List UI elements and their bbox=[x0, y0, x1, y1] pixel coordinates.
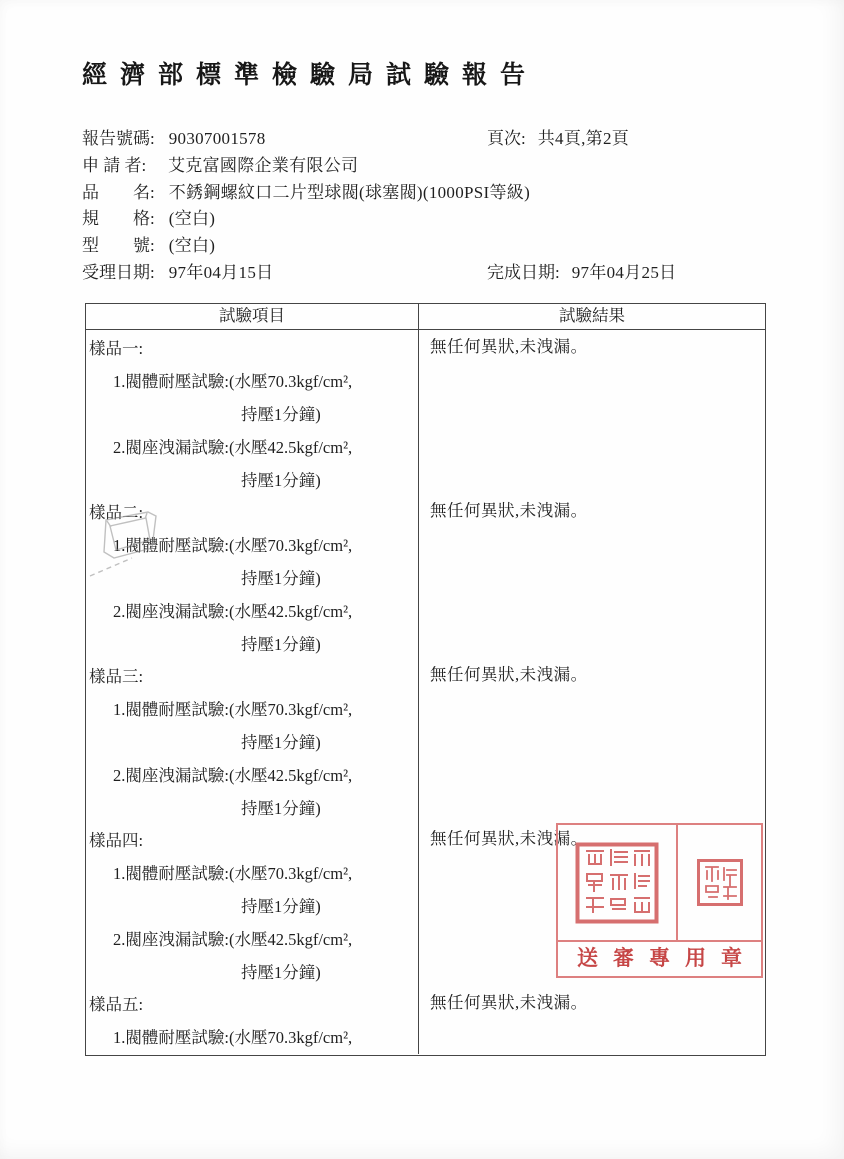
test-line: 1.閥體耐壓試驗:(水壓70.3kgf/cm², bbox=[89, 1021, 418, 1054]
test-line: 1.閥體耐壓試驗:(水壓70.3kgf/cm², bbox=[89, 693, 418, 726]
stamp-label: 送審專用章 bbox=[558, 942, 761, 976]
sample-name: 樣品五: bbox=[89, 988, 418, 1021]
column-header-test-item: 試驗項目 bbox=[86, 304, 419, 329]
sample-test-items: 樣品二:1.閥體耐壓試驗:(水壓70.3kgf/cm²,持壓1分鐘)2.閥座洩漏… bbox=[86, 494, 419, 658]
stamp-left-cell bbox=[558, 825, 678, 940]
report-number-row: 報告號碼:90307001578 頁次:共4頁,第2頁 bbox=[82, 126, 792, 153]
sample-test-items: 樣品一:1.閥體耐壓試驗:(水壓70.3kgf/cm²,持壓1分鐘)2.閥座洩漏… bbox=[86, 330, 419, 494]
test-line: 持壓1分鐘) bbox=[89, 726, 418, 759]
spec-row: 規 格:(空白) bbox=[82, 206, 792, 233]
test-line: 持壓1分鐘) bbox=[89, 792, 418, 825]
complete-date-value: 97年04月25日 bbox=[572, 263, 677, 282]
test-line: 2.閥座洩漏試驗:(水壓42.5kgf/cm², bbox=[89, 595, 418, 628]
sample-name: 樣品四: bbox=[89, 824, 418, 857]
table-row: 樣品五:1.閥體耐壓試驗:(水壓70.3kgf/cm²,無任何異狀,未洩漏。 bbox=[86, 986, 765, 1054]
product-row: 品 名:不銹鋼螺紋口二片型球閥(球塞閥)(1000PSI等級) bbox=[82, 180, 792, 207]
test-line: 持壓1分鐘) bbox=[89, 628, 418, 661]
test-line: 1.閥體耐壓試驗:(水壓70.3kgf/cm², bbox=[89, 365, 418, 398]
test-line: 2.閥座洩漏試驗:(水壓42.5kgf/cm², bbox=[89, 923, 418, 956]
model-value: (空白) bbox=[169, 236, 216, 255]
report-number-value: 90307001578 bbox=[169, 129, 266, 148]
product-label: 品 名: bbox=[82, 180, 155, 207]
page-label: 頁次: bbox=[487, 126, 526, 153]
stamp-seal-area bbox=[558, 825, 761, 942]
test-line: 持壓1分鐘) bbox=[89, 398, 418, 431]
stamp-right-cell bbox=[678, 825, 761, 940]
company-seal-icon bbox=[575, 842, 659, 924]
test-line: 2.閥座洩漏試驗:(水壓42.5kgf/cm², bbox=[89, 759, 418, 792]
accept-date-label: 受理日期: bbox=[82, 260, 155, 287]
sample-name: 樣品一: bbox=[89, 332, 418, 365]
complete-date-label: 完成日期: bbox=[487, 260, 560, 287]
sample-result: 無任何異狀,未洩漏。 bbox=[419, 658, 765, 822]
table-row: 樣品三:1.閥體耐壓試驗:(水壓70.3kgf/cm²,持壓1分鐘)2.閥座洩漏… bbox=[86, 658, 765, 822]
page-value: 共4頁,第2頁 bbox=[538, 129, 629, 148]
test-line: 1.閥體耐壓試驗:(水壓70.3kgf/cm², bbox=[89, 529, 418, 562]
sample-result: 無任何異狀,未洩漏。 bbox=[419, 986, 765, 1054]
test-line: 持壓1分鐘) bbox=[89, 562, 418, 595]
complete-date: 完成日期:97年04月25日 bbox=[487, 260, 676, 287]
sample-test-items: 樣品三:1.閥體耐壓試驗:(水壓70.3kgf/cm²,持壓1分鐘)2.閥座洩漏… bbox=[86, 658, 419, 822]
table-header-row: 試驗項目 試驗結果 bbox=[86, 304, 765, 330]
table-row: 樣品二:1.閥體耐壓試驗:(水壓70.3kgf/cm²,持壓1分鐘)2.閥座洩漏… bbox=[86, 494, 765, 658]
sample-name: 樣品三: bbox=[89, 660, 418, 693]
meta-section: 報告號碼:90307001578 頁次:共4頁,第2頁 申 請 者:艾克富國際企… bbox=[82, 126, 792, 287]
inspector-seal-icon bbox=[697, 859, 743, 906]
test-line: 持壓1分鐘) bbox=[89, 890, 418, 923]
sample-test-items: 樣品四:1.閥體耐壓試驗:(水壓70.3kgf/cm²,持壓1分鐘)2.閥座洩漏… bbox=[86, 822, 419, 986]
page-info: 頁次:共4頁,第2頁 bbox=[487, 126, 629, 153]
spec-label: 規 格: bbox=[82, 206, 155, 233]
applicant-row: 申 請 者:艾克富國際企業有限公司 bbox=[82, 153, 792, 180]
approval-stamp: 送審專用章 bbox=[556, 823, 763, 978]
accept-date-value: 97年04月15日 bbox=[169, 263, 274, 282]
model-row: 型 號:(空白) bbox=[82, 233, 792, 260]
column-header-test-result: 試驗結果 bbox=[419, 304, 765, 329]
document-page: 經濟部標準檢驗局試驗報告 報告號碼:90307001578 頁次:共4頁,第2頁… bbox=[0, 0, 844, 1159]
spec-value: (空白) bbox=[169, 209, 216, 228]
model-label: 型 號: bbox=[82, 233, 155, 260]
report-number-label: 報告號碼: bbox=[82, 126, 155, 153]
product-value: 不銹鋼螺紋口二片型球閥(球塞閥)(1000PSI等級) bbox=[169, 183, 530, 202]
test-line: 1.閥體耐壓試驗:(水壓70.3kgf/cm², bbox=[89, 857, 418, 890]
test-line: 持壓1分鐘) bbox=[89, 956, 418, 989]
dates-row: 受理日期:97年04月15日 完成日期:97年04月25日 bbox=[82, 260, 792, 287]
table-row: 樣品一:1.閥體耐壓試驗:(水壓70.3kgf/cm²,持壓1分鐘)2.閥座洩漏… bbox=[86, 330, 765, 494]
applicant-label: 申 請 者: bbox=[82, 153, 154, 180]
sample-result: 無任何異狀,未洩漏。 bbox=[419, 494, 765, 658]
sample-name: 樣品二: bbox=[89, 496, 418, 529]
test-line: 持壓1分鐘) bbox=[89, 464, 418, 497]
test-line: 2.閥座洩漏試驗:(水壓42.5kgf/cm², bbox=[89, 431, 418, 464]
applicant-value: 艾克富國際企業有限公司 bbox=[168, 156, 358, 175]
sample-test-items: 樣品五:1.閥體耐壓試驗:(水壓70.3kgf/cm², bbox=[86, 986, 419, 1054]
sample-result: 無任何異狀,未洩漏。 bbox=[419, 330, 765, 494]
page-title: 經濟部標準檢驗局試驗報告 bbox=[82, 55, 538, 91]
